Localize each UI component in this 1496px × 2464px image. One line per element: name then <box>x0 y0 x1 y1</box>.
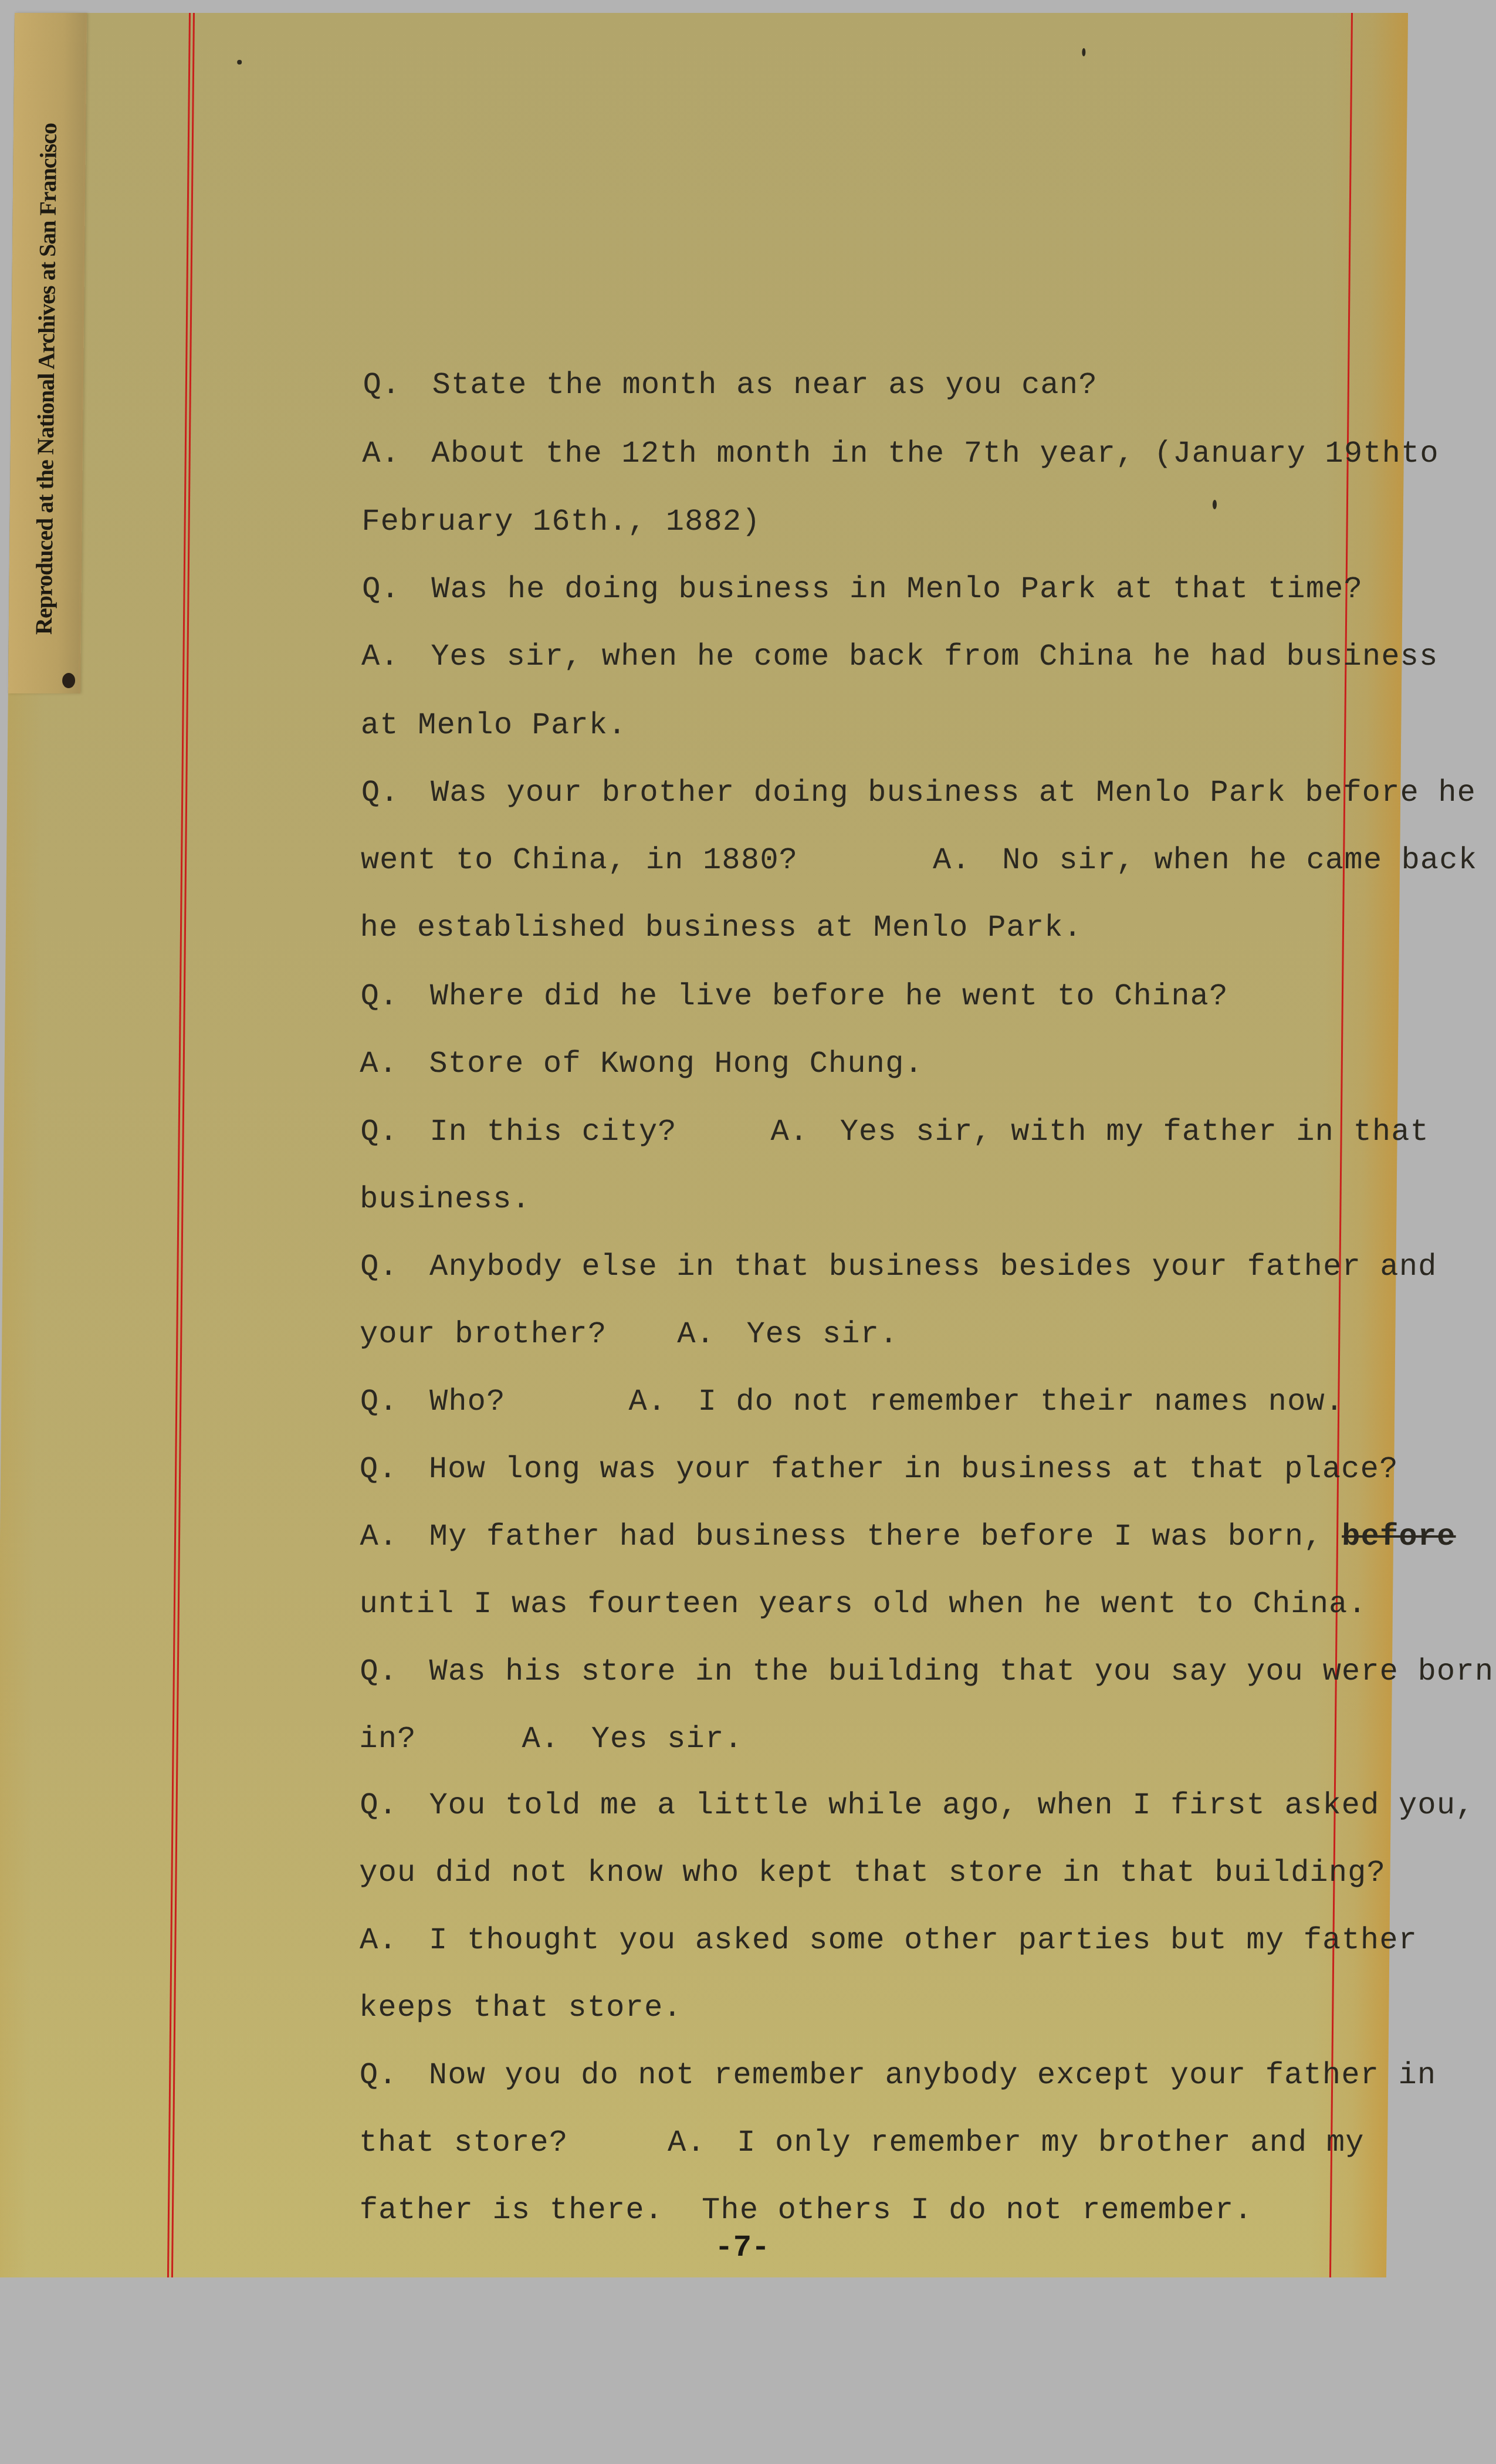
archive-stamp-strip: Reproduced at the National Archives at S… <box>8 13 87 693</box>
question-text: In this city? <box>429 1115 677 1149</box>
answer-text: I do not remember their names now. <box>698 1385 1344 1419</box>
answer-text: Yes sir. <box>746 1317 899 1352</box>
answer-label: A. <box>522 1722 591 1757</box>
answer-label: A. <box>360 1923 429 1958</box>
answer-text: Yes sir, when he come back from China he… <box>431 639 1439 674</box>
continuation-text: went to China, in 1880? <box>360 843 798 878</box>
answer-text: Yes sir. <box>591 1722 743 1756</box>
continuation-text: father is there. The others I do not rem… <box>359 2193 1253 2228</box>
question-text: Was he doing business in Menlo Park at t… <box>431 572 1363 607</box>
question-text: How long was your father in business at … <box>429 1452 1399 1487</box>
question-label: Q. <box>363 368 432 403</box>
archive-stamp-text: Reproduced at the National Archives at S… <box>30 123 62 635</box>
continuation-text: that store? <box>358 2125 568 2160</box>
question-text: Anybody else in that business besides yo… <box>429 1250 1437 1284</box>
question-text: Now you do not remember anybody except y… <box>429 2058 1437 2093</box>
answer-text: I thought you asked some other parties b… <box>429 1923 1418 1958</box>
continuation-text: at Menlo Park. <box>361 708 627 743</box>
paper-speck <box>237 60 242 65</box>
question-label: Q. <box>360 1250 430 1285</box>
answer-label: A. <box>361 639 431 675</box>
answer-text: I only remember my brother and my <box>737 2125 1365 2160</box>
answer-label: A. <box>360 1047 429 1082</box>
document-page: Reproduced at the National Archives at S… <box>0 13 1408 2277</box>
answer-label: A. <box>770 1115 840 1150</box>
answer-label: A. <box>360 1519 429 1555</box>
answer-text: Store of Kwong Hong Chung. <box>429 1047 923 1081</box>
question-text: You told me a little while ago, when I f… <box>429 1788 1475 1823</box>
question-label: Q. <box>360 1115 430 1150</box>
question-label: Q. <box>360 2058 429 2093</box>
continuation-text: business. <box>360 1182 531 1217</box>
question-text: Who? <box>429 1385 506 1419</box>
answer-text: No sir, when he came back <box>1002 843 1478 878</box>
answer-label: A. <box>628 1385 698 1420</box>
left-margin-rule-inner <box>171 13 195 2277</box>
question-label: Q. <box>360 1452 429 1487</box>
continuation-text: keeps that store. <box>359 1991 682 2025</box>
answer-label: A. <box>362 436 432 472</box>
ink-blot-icon <box>62 673 75 688</box>
answer-text: Yes sir, with my father in that <box>840 1115 1429 1149</box>
question-text: Where did he live before he went to Chin… <box>429 979 1228 1014</box>
question-label: Q. <box>360 1788 429 1823</box>
answer-label: A. <box>668 2125 737 2161</box>
continuation-text: you did not know who kept that store in … <box>359 1856 1386 1890</box>
question-label: Q. <box>360 1654 429 1690</box>
continuation-text: your brother? <box>360 1317 607 1352</box>
answer-text: My father had business there before I wa… <box>429 1519 1323 1554</box>
left-margin-rule <box>167 13 191 2277</box>
continuation-text: he established business at Menlo Park. <box>360 911 1082 945</box>
question-label: Q. <box>360 979 430 1014</box>
question-text: State the month as near as you can? <box>432 368 1098 402</box>
continuation-text: until I was fourteen years old when he w… <box>359 1587 1367 1622</box>
question-label: Q. <box>362 572 432 607</box>
paper-speck <box>1082 48 1085 56</box>
continuation-text: in? <box>359 1722 417 1756</box>
paper-speck <box>1213 500 1217 509</box>
struck-out-word: before <box>1342 1519 1456 1554</box>
question-text: Was his store in the building that you s… <box>429 1654 1494 1689</box>
answer-label: A. <box>677 1317 747 1352</box>
question-text: Was your brother doing business at Menlo… <box>431 776 1477 810</box>
question-label: Q. <box>360 1385 430 1420</box>
question-label: Q. <box>361 776 431 811</box>
continuation-text: February 16th., 1882) <box>361 505 761 539</box>
answer-text: About the 12th month in the 7th year, (J… <box>431 436 1439 471</box>
page-number: -7- <box>715 2231 770 2265</box>
answer-label: A. <box>933 843 1003 878</box>
